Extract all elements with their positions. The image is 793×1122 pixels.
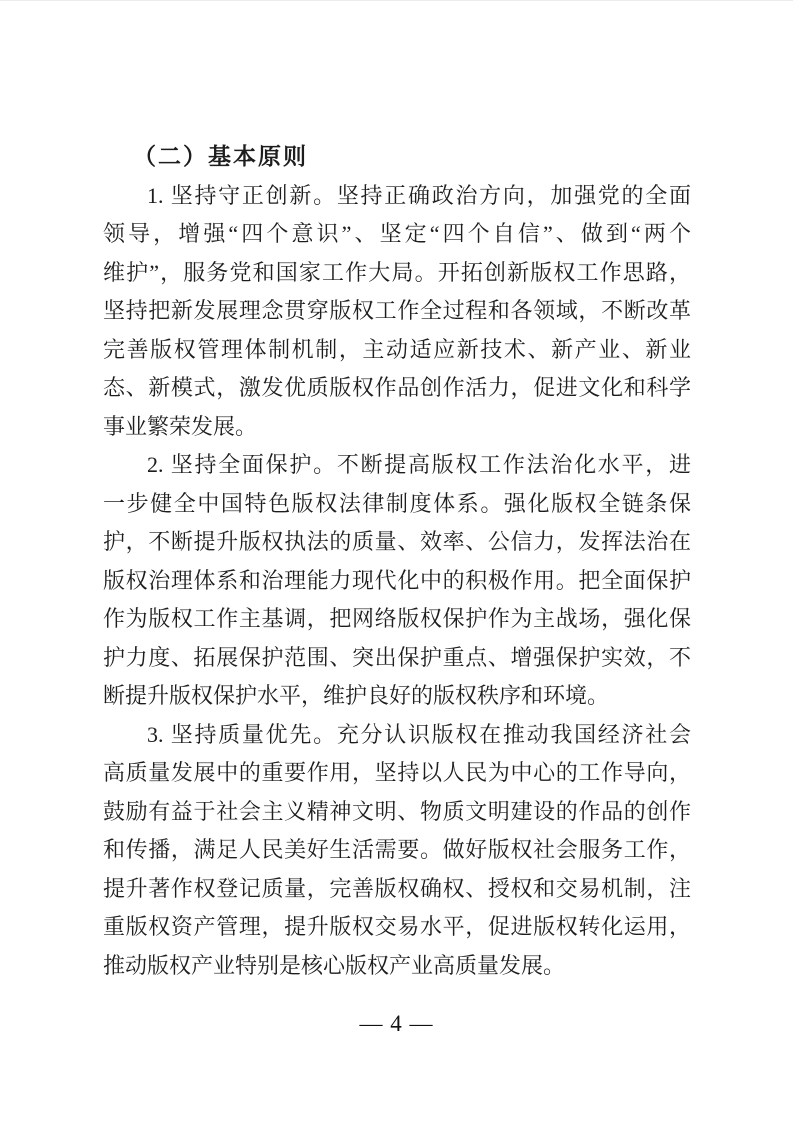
text-line: 态、新模式，激发优质版权作品创作活力，促进文化和科学 <box>103 369 691 408</box>
paragraph: 1. 坚持守正创新。坚持正确政治方向，加强党的全面领导，增强“四个意识”、坚定“… <box>103 177 691 447</box>
text-line: 和传播，满足人民美好生活需要。做好版权社会服务工作， <box>103 831 691 870</box>
text-line: 高质量发展中的重要作用，坚持以人民为中心的工作导向， <box>103 754 691 793</box>
document-content: （二）基本原则 1. 坚持守正创新。坚持正确政治方向，加强党的全面领导，增强“四… <box>103 138 691 985</box>
text-line: 维护”，服务党和国家工作大局。开拓创新版权工作思路， <box>103 254 691 293</box>
document-body: 1. 坚持守正创新。坚持正确政治方向，加强党的全面领导，增强“四个意识”、坚定“… <box>103 177 691 986</box>
text-line: 领导，增强“四个意识”、坚定“四个自信”、做到“两个 <box>103 215 691 254</box>
document-page: （二）基本原则 1. 坚持守正创新。坚持正确政治方向，加强党的全面领导，增强“四… <box>0 0 793 1122</box>
text-line: 提升著作权登记质量，完善版权确权、授权和交易机制，注 <box>103 870 691 909</box>
text-line: 作为版权工作主基调，把网络版权保护作为主战场，强化保 <box>103 600 691 639</box>
section-heading: （二）基本原则 <box>103 138 691 177</box>
text-line: 3. 坚持质量优先。充分认识版权在推动我国经济社会 <box>103 716 691 755</box>
text-line: 完善版权管理体制机制，主动适应新技术、新产业、新业 <box>103 331 691 370</box>
text-line: 鼓励有益于社会主义精神文明、物质文明建设的作品的创作 <box>103 793 691 832</box>
text-line: 护，不断提升版权执法的质量、效率、公信力，发挥法治在 <box>103 523 691 562</box>
text-line: 重版权资产管理，提升版权交易水平，促进版权转化运用， <box>103 908 691 947</box>
page-number: — 4 — <box>360 1011 434 1036</box>
page-footer: — 4 — <box>0 1005 793 1044</box>
text-line: 2. 坚持全面保护。不断提高版权工作法治化水平，进 <box>103 446 691 485</box>
text-line: 护力度、拓展保护范围、突出保护重点、增强保护实效，不 <box>103 639 691 678</box>
text-line: 断提升版权保护水平，维护良好的版权秩序和环境。 <box>103 677 691 716</box>
text-line: 事业繁荣发展。 <box>103 408 691 447</box>
text-line: 1. 坚持守正创新。坚持正确政治方向，加强党的全面 <box>103 177 691 216</box>
paragraph: 2. 坚持全面保护。不断提高版权工作法治化水平，进一步健全中国特色版权法律制度体… <box>103 446 691 716</box>
paragraph: 3. 坚持质量优先。充分认识版权在推动我国经济社会高质量发展中的重要作用，坚持以… <box>103 716 691 986</box>
text-line: 一步健全中国特色版权法律制度体系。强化版权全链条保 <box>103 485 691 524</box>
text-line: 坚持把新发展理念贯穿版权工作全过程和各领域，不断改革 <box>103 292 691 331</box>
text-line: 推动版权产业特别是核心版权产业高质量发展。 <box>103 947 691 986</box>
text-line: 版权治理体系和治理能力现代化中的积极作用。把全面保护 <box>103 562 691 601</box>
